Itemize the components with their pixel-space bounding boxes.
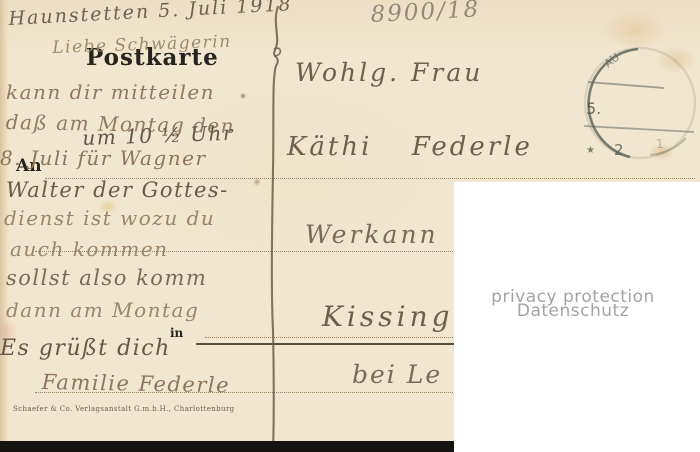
vertical-divider bbox=[262, 0, 292, 452]
privacy-overlay-text: privacy protection Datenschutz bbox=[454, 290, 692, 318]
message-line: auch kommen bbox=[10, 237, 169, 261]
message-line: dienst ist wozu du bbox=[4, 206, 215, 230]
address-line: Kissing bbox=[322, 300, 454, 333]
postcard-scan: Postkarte An in Schaefer & Co. Verlagsan… bbox=[0, 0, 700, 452]
message-line: Familie Federle bbox=[42, 370, 231, 397]
message-line: dann am Montag bbox=[6, 298, 199, 322]
publisher-imprint: Schaefer & Co. Verlagsanstalt G.m.b.H., … bbox=[13, 405, 235, 413]
message-line: Haunstetten 5. Juli 1918 bbox=[8, 0, 293, 30]
privacy-line-de: Datenschutz bbox=[454, 304, 692, 318]
address-line: Wohlg. Frau bbox=[295, 58, 483, 87]
address-line: bei Le bbox=[352, 360, 442, 389]
message-line: Es grüßt dich bbox=[0, 336, 171, 361]
message-line: 8. Juli für Wagner bbox=[0, 146, 207, 170]
postmark-day-text: 5. bbox=[586, 99, 601, 118]
postmark-faint-digit: 1 bbox=[656, 137, 664, 151]
scan-edge-bar bbox=[0, 441, 457, 452]
pencil-note: 8900/18 bbox=[370, 0, 481, 28]
message-line: sollst also komm bbox=[6, 266, 207, 290]
postmark-stamp-icon: AU 5. ★ 2 1 bbox=[568, 42, 700, 170]
message-line: Walter der Gottes- bbox=[6, 178, 229, 202]
address-line: Werkann bbox=[305, 220, 439, 249]
message-line: kann dir mitteilen bbox=[6, 80, 215, 104]
in-label: in bbox=[170, 326, 183, 340]
postmark-number-text: 2 bbox=[614, 141, 624, 159]
postmark-star: ★ bbox=[586, 145, 595, 156]
privacy-overlay: privacy protection Datenschutz bbox=[454, 182, 700, 452]
address-line: Käthi Federle bbox=[287, 132, 533, 162]
